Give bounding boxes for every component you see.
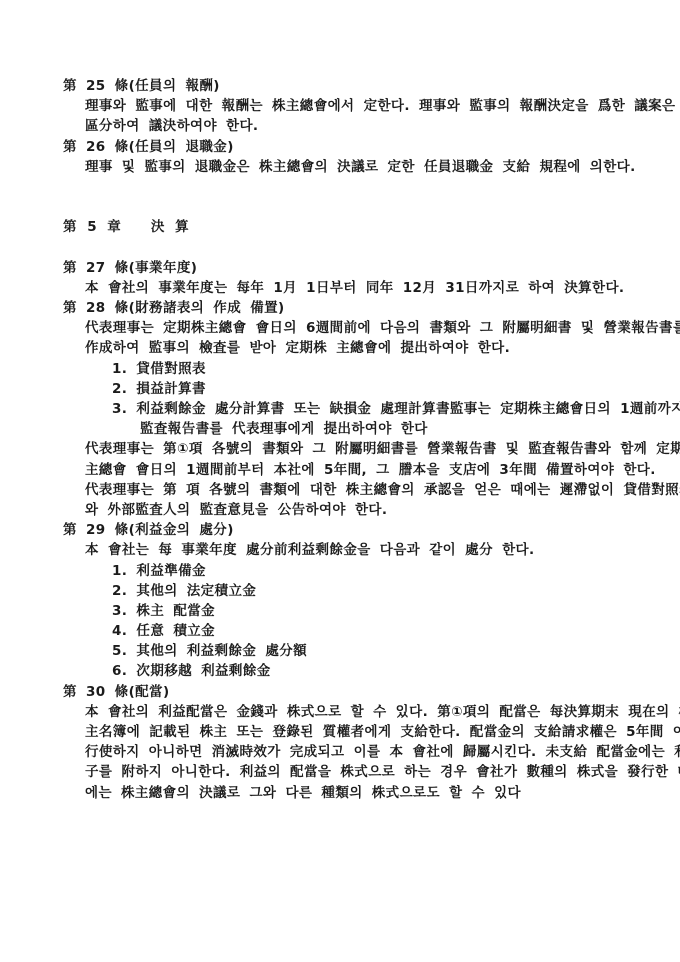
list-item-line: 1. 利益準備金: [112, 561, 680, 581]
body-text-line: 代表理事는 第 項 各號의 書類에 대한 株主總會의 承認을 얻은 때에는 遲滯…: [85, 480, 680, 500]
article-heading: 第 26 條(任員의 退職金): [63, 137, 680, 157]
blank-line: [0, 197, 680, 217]
body-text-line: 와 外部監査人의 監査意見을 公告하여야 한다.: [85, 500, 680, 520]
article-heading: 第 27 條(事業年度): [63, 258, 680, 278]
list-item-line: 1. 貸借對照表: [112, 359, 680, 379]
article-heading: 第 25 條(任員의 報酬): [63, 76, 680, 96]
body-text-line: 子를 附하지 아니한다. 利益의 配當을 株式으로 하는 경우 會社가 數種의 …: [85, 762, 680, 782]
body-text-line: 代表理事는 定期株主總會 會日의 6週間前에 다음의 書類와 그 附屬明細書 및…: [85, 318, 680, 338]
list-item-continuation-line: 監査報告書를 代表理事에게 提出하여야 한다: [140, 419, 680, 439]
list-item-line: 6. 次期移越 利益剩餘金: [112, 661, 680, 681]
body-text-line: 主名簿에 記載된 株主 또는 登錄된 質權者에게 支給한다. 配當金의 支給請求…: [85, 722, 680, 742]
body-text-line: 主總會 會日의 1週間前부터 本社에 5年間, 그 謄本을 支店에 3年間 備置…: [85, 460, 680, 480]
body-text-line: 理事와 監事에 대한 報酬는 株主總會에서 定한다. 理事와 監事의 報酬決定을…: [85, 96, 680, 116]
document-page: 第 25 條(任員의 報酬)理事와 監事에 대한 報酬는 株主總會에서 定한다.…: [0, 0, 680, 962]
article-heading: 第 28 條(財務諸表의 作成 備置): [63, 298, 680, 318]
body-text-line: 作成하여 監事의 檢査를 받아 定期株 主總會에 提出하여야 한다.: [85, 338, 680, 358]
body-text-line: 本 會社의 事業年度는 每年 1月 1日부터 同年 12月 31日까지로 하여 …: [85, 278, 680, 298]
list-item-line: 2. 損益計算書: [112, 379, 680, 399]
list-item-line: 5. 其他의 利益剩餘金 處分額: [112, 641, 680, 661]
body-text-line: 에는 株主總會의 決議로 그와 다른 種類의 株式으로도 할 수 있다: [85, 783, 680, 803]
list-item-line: 3. 利益剩餘金 處分計算書 또는 缺損金 處理計算書監事는 定期株主總會日의 …: [112, 399, 680, 419]
blank-line: [0, 177, 680, 197]
body-text-line: 理事 및 監事의 退職金은 株主總會의 決議로 定한 任員退職金 支給 規程에 …: [85, 157, 680, 177]
list-item-line: 3. 株主 配當金: [112, 601, 680, 621]
body-text-line: 本 會社는 每 事業年度 處分前利益剩餘金을 다음과 같이 處分 한다.: [85, 540, 680, 560]
list-item-line: 4. 任意 積立金: [112, 621, 680, 641]
chapter-heading: 第 5 章 決 算: [63, 217, 680, 237]
list-item-line: 2. 其他의 法定積立金: [112, 581, 680, 601]
document-lines: 第 25 條(任員의 報酬)理事와 監事에 대한 報酬는 株主總會에서 定한다.…: [0, 76, 680, 803]
blank-line: [0, 238, 680, 258]
body-text-line: 本 會社의 利益配當은 金錢과 株式으로 할 수 있다. 第①項의 配當은 每決…: [85, 702, 680, 722]
article-heading: 第 29 條(利益金의 處分): [63, 520, 680, 540]
article-heading: 第 30 條(配當): [63, 682, 680, 702]
body-text-line: 代表理事는 第①項 各號의 書類와 그 附屬明細書를 營業報告書 및 監査報告書…: [85, 439, 680, 459]
body-text-line: 區分하여 議決하여야 한다.: [85, 116, 680, 136]
body-text-line: 行使하지 아니하면 消滅時效가 完成되고 이를 本 會社에 歸屬시킨다. 未支給…: [85, 742, 680, 762]
